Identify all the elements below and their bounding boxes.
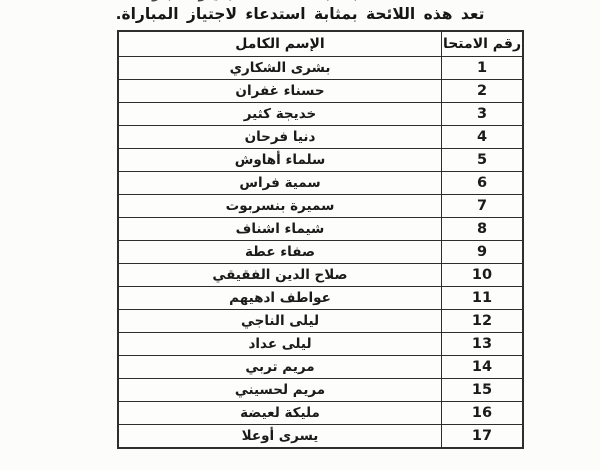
exam-number-header: رقم الامتحان — [442, 31, 524, 57]
table-row: 9صفاء عطة — [118, 241, 523, 264]
exam-number-cell: 13 — [442, 333, 524, 356]
full-name-cell: سلماء أهاوش — [118, 149, 442, 172]
table-row: 10صلاح الدين الفقيقي — [118, 264, 523, 287]
table-row: 11عواطف ادهيهم — [118, 287, 523, 310]
exam-number-cell: 9 — [442, 241, 524, 264]
exam-number-cell: 3 — [442, 103, 524, 126]
table-row: 16مليكة لعيضة — [118, 402, 523, 425]
full-name-cell: ليلى الناجي — [118, 310, 442, 333]
exam-number-cell: 4 — [442, 126, 524, 149]
table-row: 17يسرى أوعلا — [118, 425, 523, 449]
exam-number-cell: 2 — [442, 80, 524, 103]
table-row: 4دنيا فرحان — [118, 126, 523, 149]
table-row: 3خديجة كثير — [118, 103, 523, 126]
exam-number-cell: 7 — [442, 195, 524, 218]
intro-text: تعد هذه اللائحة بمثابة استدعاء لاجتياز ا… — [30, 5, 570, 29]
exam-number-cell: 17 — [442, 425, 524, 449]
full-name-cell: يسرى أوعلا — [118, 425, 442, 449]
exam-number-cell: 11 — [442, 287, 524, 310]
exam-number-cell: 14 — [442, 356, 524, 379]
exam-number-cell: 5 — [442, 149, 524, 172]
full-name-cell: حسناء غفران — [118, 80, 442, 103]
exam-number-cell: 6 — [442, 172, 524, 195]
table-row: 1بشرى الشكاري — [118, 57, 523, 80]
header-row: رقم الامتحان الإسم الكامل — [118, 31, 523, 57]
table-row: 12ليلى الناجي — [118, 310, 523, 333]
scanned-document-page: تعد هذه اللائحة بمثابة استدعاء لاجتياز ا… — [0, 0, 600, 470]
table-header: رقم الامتحان الإسم الكامل — [118, 31, 523, 57]
full-name-cell: صلاح الدين الفقيقي — [118, 264, 442, 287]
exam-number-cell: 10 — [442, 264, 524, 287]
table-row: 6سمية فراس — [118, 172, 523, 195]
table-row: 7سميرة بنسربوت — [118, 195, 523, 218]
table-row: 2حسناء غفران — [118, 80, 523, 103]
table-row: 15مريم لحسيني — [118, 379, 523, 402]
table-body: 1بشرى الشكاري2حسناء غفران3خديجة كثير4دني… — [118, 57, 523, 449]
full-name-cell: شيماء اشناف — [118, 218, 442, 241]
table-row: 13ليلى عداد — [118, 333, 523, 356]
exam-number-cell: 12 — [442, 310, 524, 333]
exam-number-cell: 16 — [442, 402, 524, 425]
full-name-cell: مريم لحسيني — [118, 379, 442, 402]
full-name-cell: عواطف ادهيهم — [118, 287, 442, 310]
full-name-cell: خديجة كثير — [118, 103, 442, 126]
full-name-cell: مليكة لعيضة — [118, 402, 442, 425]
exam-number-cell: 15 — [442, 379, 524, 402]
exam-number-cell: 1 — [442, 57, 524, 80]
full-name-cell: صفاء عطة — [118, 241, 442, 264]
table-row: 14مريم تربي — [118, 356, 523, 379]
full-name-cell: سمية فراس — [118, 172, 442, 195]
full-name-cell: دنيا فرحان — [118, 126, 442, 149]
table-row: 8شيماء اشناف — [118, 218, 523, 241]
exam-number-cell: 8 — [442, 218, 524, 241]
full-name-cell: بشرى الشكاري — [118, 57, 442, 80]
full-name-cell: مريم تربي — [118, 356, 442, 379]
full-name-header: الإسم الكامل — [118, 31, 442, 57]
table-row: 5سلماء أهاوش — [118, 149, 523, 172]
full-name-cell: ليلى عداد — [118, 333, 442, 356]
full-name-cell: سميرة بنسربوت — [118, 195, 442, 218]
candidates-table: رقم الامتحان الإسم الكامل 1بشرى الشكاري2… — [117, 30, 524, 449]
